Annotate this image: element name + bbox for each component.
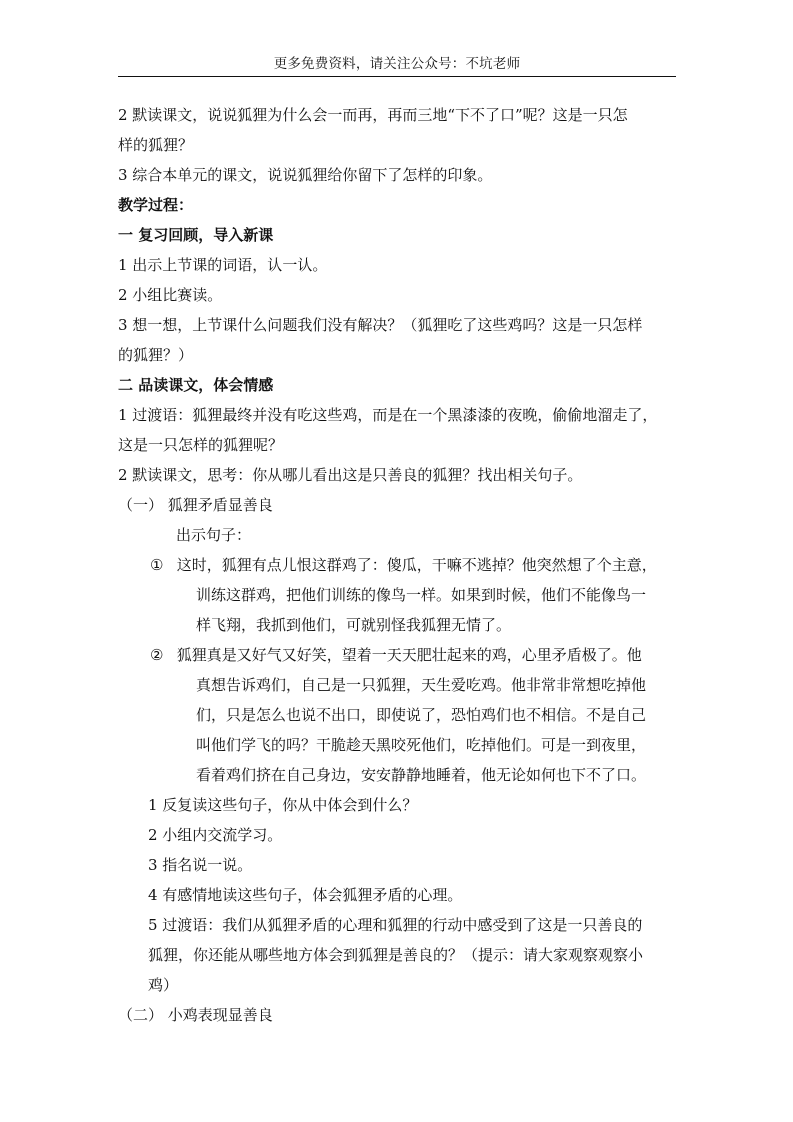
step-item: 2 小组内交流学习。 xyxy=(118,820,678,850)
section-item: 3 想一想，上节课什么问题我们没有解决？（狐狸吃了这些鸡吗？这是一只怎样 xyxy=(118,310,678,340)
subsection-heading: （二） 小鸡表现显善良 xyxy=(118,1000,678,1030)
section-item: 2 默读课文，思考：你从哪儿看出这是只善良的狐狸？找出相关句子。 xyxy=(118,460,678,490)
step-item: 5 过渡语：我们从狐狸矛盾的心理和狐狸的行动中感受到了这是一只善良的 xyxy=(118,910,678,940)
page-header: 更多免费资料，请关注公众号：不坑老师 xyxy=(118,52,676,72)
quoted-sentence-cont: 样飞翔，我抓到他们，可就别怪我狐狸无情了。 xyxy=(118,610,678,640)
process-heading: 教学过程： xyxy=(118,190,678,220)
quoted-sentence-cont: 看着鸡们挤在自己身边，安安静静地睡着，他无论如何也下不了口。 xyxy=(118,760,678,790)
circled-number-1: ① xyxy=(150,550,172,580)
quoted-sentence: ② 狐狸真是又好气又好笑，望着一天天肥壮起来的鸡，心里矛盾极了。他 xyxy=(118,640,678,670)
show-sentences-label: 出示句子： xyxy=(118,520,678,550)
quoted-sentence-cont: 叫他们学飞的吗？干脆趁天黑咬死他们，吃掉他们。可是一到夜里， xyxy=(118,730,678,760)
section-item: 这是一只怎样的狐狸呢？ xyxy=(118,430,678,460)
quoted-sentence-cont: 训练这群鸡，把他们训练的像鸟一样。如果到时候，他们不能像鸟一 xyxy=(118,580,678,610)
section-item: 的狐狸？） xyxy=(118,340,678,370)
header-divider xyxy=(118,76,676,77)
objective-line: 样的狐狸？ xyxy=(118,130,678,160)
step-item: 4 有感情地读这些句子，体会狐狸矛盾的心理。 xyxy=(118,880,678,910)
section-heading: 二 品读课文，体会情感 xyxy=(118,370,678,400)
quoted-sentence: ① 这时，狐狸有点儿恨这群鸡了：傻瓜，干嘛不逃掉？他突然想了个主意， xyxy=(118,550,678,580)
circled-number-2: ② xyxy=(150,640,172,670)
step-item: 3 指名说一说。 xyxy=(118,850,678,880)
step-item: 1 反复读这些句子，你从中体会到什么？ xyxy=(118,790,678,820)
quoted-sentence-cont: 们，只是怎么也说不出口，即使说了，恐怕鸡们也不相信。不是自己 xyxy=(118,700,678,730)
objective-line: 3 综合本单元的课文，说说狐狸给你留下了怎样的印象。 xyxy=(118,160,678,190)
section-item: 1 出示上节课的词语，认一认。 xyxy=(118,250,678,280)
section-item: 1 过渡语：狐狸最终并没有吃这些鸡，而是在一个黑漆漆的夜晚，偷偷地溜走了， xyxy=(118,400,678,430)
section-heading: 一 复习回顾，导入新课 xyxy=(118,220,678,250)
objective-line: 2 默读课文，说说狐狸为什么会一而再，再而三地“下不了口”呢？这是一只怎 xyxy=(118,100,678,130)
document-body: 2 默读课文，说说狐狸为什么会一而再，再而三地“下不了口”呢？这是一只怎 样的狐… xyxy=(118,100,678,1030)
quoted-sentence-cont: 真想告诉鸡们，自己是一只狐狸，天生爱吃鸡。他非常非常想吃掉他 xyxy=(118,670,678,700)
step-item-cont: 鸡） xyxy=(118,970,678,1000)
section-item: 2 小组比赛读。 xyxy=(118,280,678,310)
step-item-cont: 狐狸，你还能从哪些地方体会到狐狸是善良的？（提示：请大家观察观察小 xyxy=(118,940,678,970)
subsection-heading: （一） 狐狸矛盾显善良 xyxy=(118,490,678,520)
